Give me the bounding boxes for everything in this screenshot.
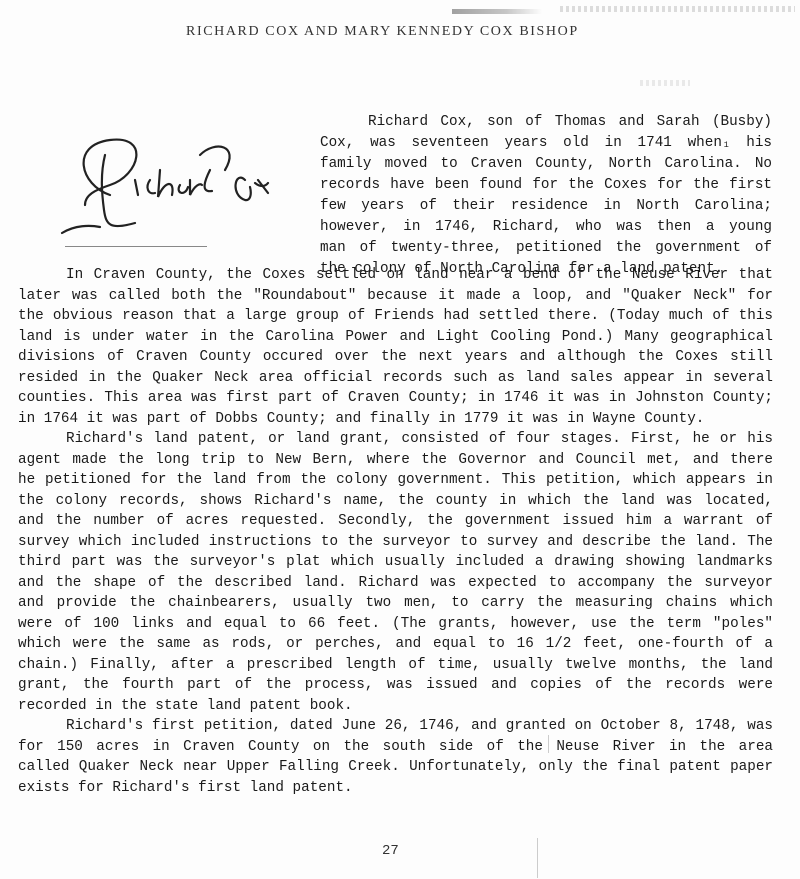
text-line: and provide the chainbearers, usually tw… — [18, 593, 773, 614]
text-line: survey which included instructions to th… — [18, 532, 773, 553]
paragraph-land-patent: Richard's land patent, or land grant, co… — [18, 429, 773, 716]
page-title: RICHARD COX AND MARY KENNEDY COX BISHOP — [186, 24, 579, 40]
text-line: divisions of Craven County occured over … — [18, 347, 773, 368]
text-line: Cox, was seventeen years old in 1741 whe… — [320, 133, 772, 154]
scan-artifact — [452, 9, 542, 14]
paragraph-first-petition: Richard's first petition, dated June 26,… — [18, 716, 773, 798]
paragraph-craven-county: In Craven County, the Coxes settled on l… — [18, 265, 773, 429]
text-line: were of 100 links and equal to 66 feet. … — [18, 614, 773, 635]
text-line: in 1764 it was part of Dobbs County; and… — [18, 409, 773, 430]
text-line: resided in the Quaker Neck area official… — [18, 368, 773, 389]
text-line: chain.) Finally, after a prescribed leng… — [18, 655, 773, 676]
text-line: agent made the long trip to New Bern, wh… — [18, 450, 773, 471]
text-line: counties. This area was first part of Cr… — [18, 388, 773, 409]
text-line: however, in 1746, Richard, who was then … — [320, 217, 772, 238]
text-line: called Quaker Neck near Upper Falling Cr… — [18, 757, 773, 778]
text-line: Richard Cox, son of Thomas and Sarah (Bu… — [320, 112, 772, 133]
text-line: In Craven County, the Coxes settled on l… — [18, 265, 773, 286]
text-line: which were the same as rods, or perches,… — [18, 634, 773, 655]
text-line: family moved to Craven County, North Car… — [320, 154, 772, 175]
text-line: third part was the surveyor's plat which… — [18, 552, 773, 573]
scan-artifact — [640, 80, 690, 86]
body-text: In Craven County, the Coxes settled on l… — [18, 265, 773, 798]
signature-underline — [65, 246, 207, 247]
text-line: Richard's land patent, or land grant, co… — [18, 429, 773, 450]
text-line: recorded in the state land patent book. — [18, 696, 773, 717]
text-line: few years of their residence in North Ca… — [320, 196, 772, 217]
scan-artifact — [560, 6, 795, 12]
text-line: for 150 acres in Craven County on the so… — [18, 737, 773, 758]
text-line: Richard's first petition, dated June 26,… — [18, 716, 773, 737]
scan-crease — [548, 735, 549, 753]
intro-paragraph: Richard Cox, son of Thomas and Sarah (Bu… — [320, 112, 772, 280]
text-line: later was called both the "Roundabout" b… — [18, 286, 773, 307]
text-line: man of twenty-three, petitioned the gove… — [320, 238, 772, 259]
text-line: grant, the fourth part of the process, w… — [18, 675, 773, 696]
text-line: the obvious reason that a large group of… — [18, 306, 773, 327]
signature-icon — [40, 125, 280, 265]
scan-speck — [19, 688, 21, 690]
text-line: he petitioned for the land from the colo… — [18, 470, 773, 491]
text-line: and the shape of the described land. Ric… — [18, 573, 773, 594]
text-line: land is under water in the Carolina Powe… — [18, 327, 773, 348]
text-line: records have been found for the Coxes fo… — [320, 175, 772, 196]
scan-crease — [537, 838, 538, 878]
scanned-page: RICHARD COX AND MARY KENNEDY COX BISHOP … — [0, 0, 800, 879]
text-line: the colony records, shows Richard's name… — [18, 491, 773, 512]
text-line: and the number of acres requested. Secon… — [18, 511, 773, 532]
page-number: 27 — [382, 843, 399, 859]
text-line: exists for Richard's first land patent. — [18, 778, 773, 799]
